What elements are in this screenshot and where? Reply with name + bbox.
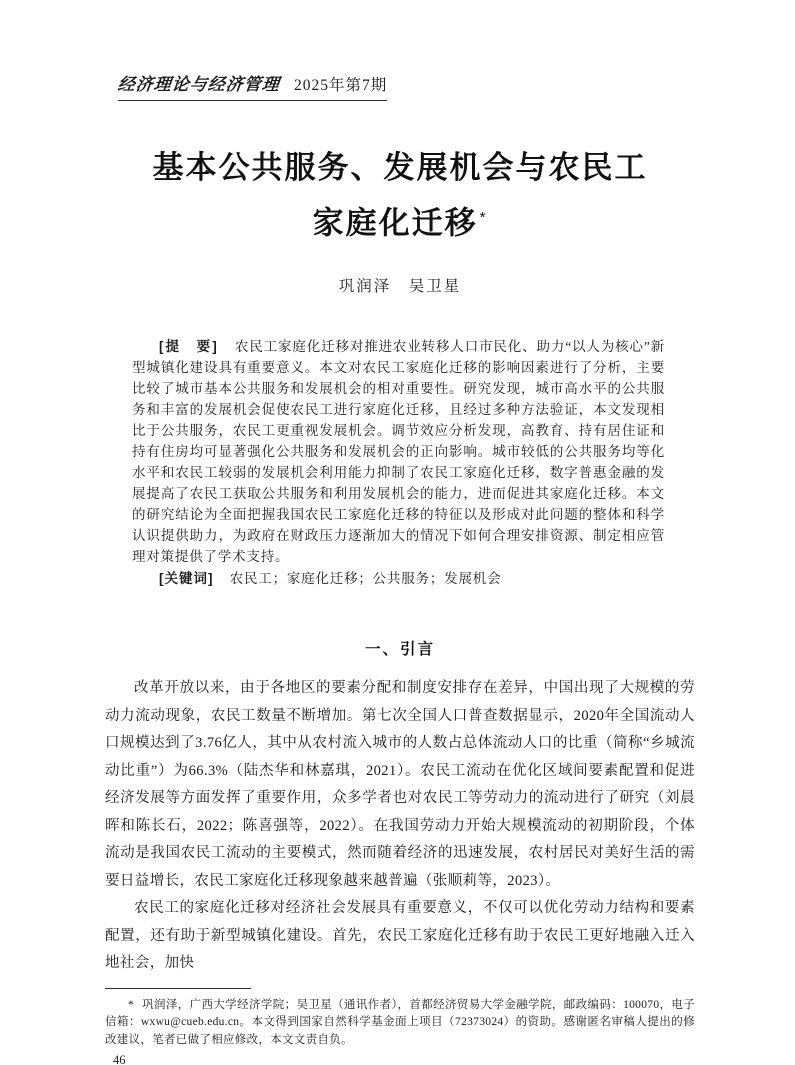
keywords-label: [关键词] [159,571,214,586]
footnote-paragraph: *巩润泽，广西大学经济学院；吴卫星（通讯作者），首都经济贸易大学金融学院，邮政编… [105,997,695,1050]
footnote-text: 巩润泽，广西大学经济学院；吴卫星（通讯作者），首都经济贸易大学金融学院，邮政编码… [105,999,695,1046]
article-title: 基本公共服务、发展机会与农民工 家庭化迁移* [105,143,695,248]
article-title-line1: 基本公共服务、发展机会与农民工 [153,150,648,185]
running-head: 经济理论与经济管理2025年第7期 [118,70,387,101]
footnote-marker: * [128,999,134,1011]
body-text: 改革开放以来，由于各地区的要素分配和制度安排存在差异，中国出现了大规模的劳动力流… [105,675,695,978]
keywords-text: 农民工；家庭化迁移；公共服务；发展机会 [230,571,502,586]
keywords-line: [关键词]农民工；家庭化迁移；公共服务；发展机会 [132,568,665,589]
abstract-block: [提 要]农民工家庭化迁移对推进农业转移人口市民化、助力“以人为核心”新型城镇化… [132,336,665,589]
issue-info: 2025年第7期 [294,77,387,94]
journal-name: 经济理论与经济管理 [117,70,282,95]
paper-page: 经济理论与经济管理2025年第7期 基本公共服务、发展机会与农民工 家庭化迁移*… [0,0,795,1065]
body-paragraph-1: 改革开放以来，由于各地区的要素分配和制度安排存在差异，中国出现了大规模的劳动力流… [105,675,695,895]
body-paragraph-2: 农民工的家庭化迁移对经济社会发展具有重要意义，不仅可以优化劳动力结构和要素配置，… [105,895,695,978]
footnote-divider [105,988,251,989]
abstract-label: [提 要] [159,339,219,354]
page-number: 46 [113,1053,695,1065]
title-asterisk: * [480,209,488,226]
authors: 巩润泽 吴卫星 [105,274,695,296]
abstract-text: 农民工家庭化迁移对推进农业转移人口市民化、助力“以人为核心”新型城镇化建设具有重… [132,339,665,564]
section-heading-introduction: 一、引言 [105,637,695,659]
article-title-line2: 家庭化迁移 [313,205,478,240]
footnote: *巩润泽，广西大学经济学院；吴卫星（通讯作者），首都经济贸易大学金融学院，邮政编… [105,997,695,1050]
abstract-paragraph: [提 要]农民工家庭化迁移对推进农业转移人口市民化、助力“以人为核心”新型城镇化… [132,336,665,567]
